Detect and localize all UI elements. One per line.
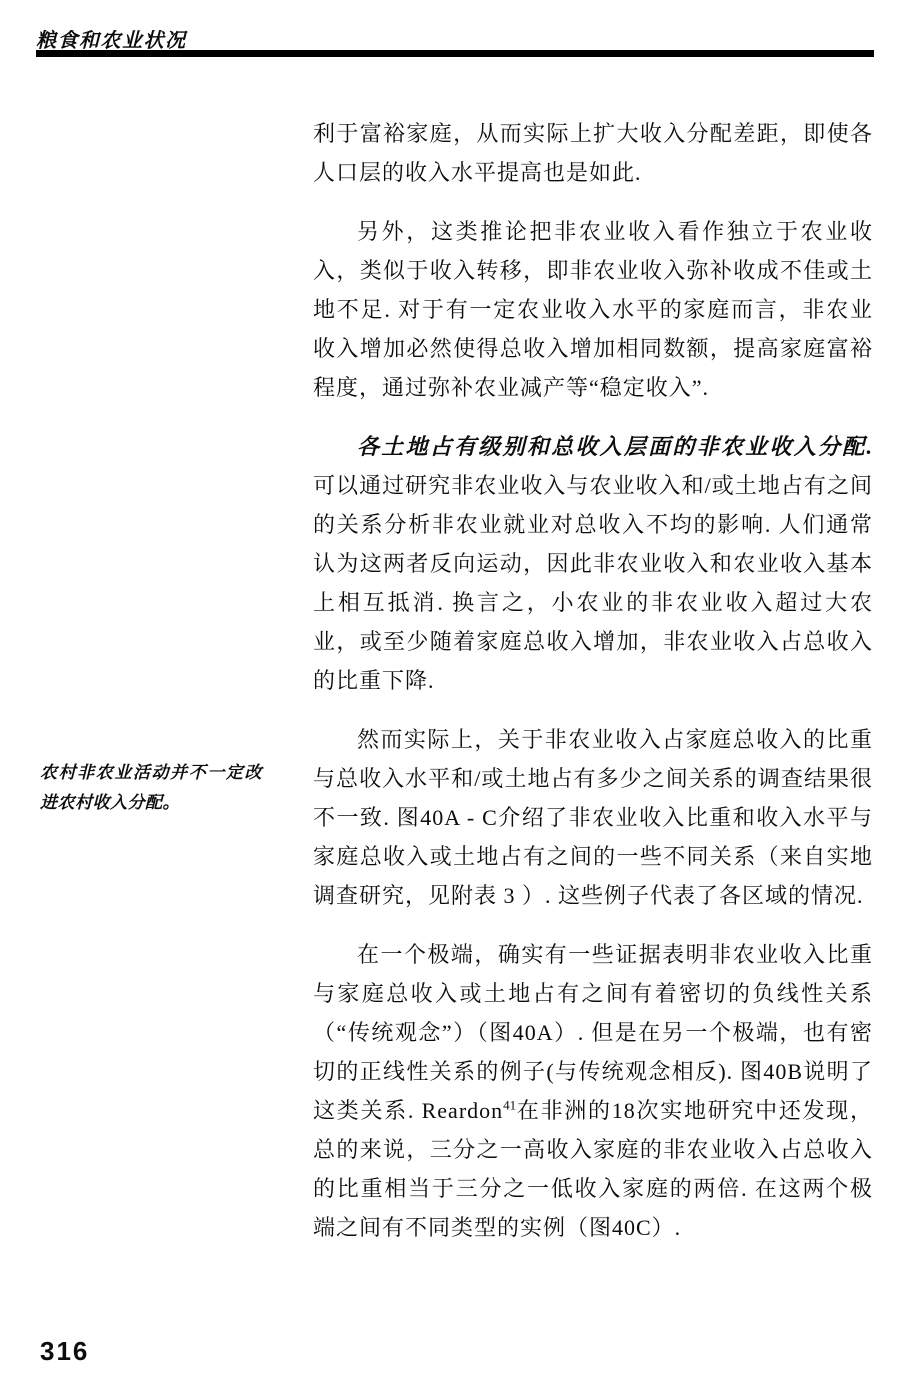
paragraph: 另外，这类推论把非农业收入看作独立于农业收入，类似于收入转移，即非农业收入弥补收… bbox=[313, 212, 873, 407]
body-text-column: 利于富裕家庭，从而实际上扩大收入分配差距，即使各人口层的收入水平提高也是如此. … bbox=[313, 114, 873, 1267]
paragraph-text: 可以通过研究非农业收入与农业收入和/或土地占有之间的关系分析非农业就业对总收入不… bbox=[313, 473, 873, 693]
paragraph-text: 在一个极端，确实有一些证据表明非农业收入比重与家庭总收入或土地占有之间有着密切的… bbox=[313, 942, 873, 1123]
paragraph: 然而实际上，关于非农业收入占家庭总收入的比重与总收入水平和/或土地占有多少之间关… bbox=[313, 720, 873, 915]
paragraph-lead-italic: 各土地占有级别和总收入层面的非农业收入分配. bbox=[357, 434, 873, 459]
document-page: 粮食和农业状况 农村非农业活动并不一定改进农村收入分配。 利于富裕家庭，从而实际… bbox=[0, 0, 900, 1400]
running-header-title: 粮食和农业状况 bbox=[36, 24, 187, 53]
paragraph-with-italic-lead: 各土地占有级别和总收入层面的非农业收入分配. 可以通过研究非农业收入与农业收入和… bbox=[313, 427, 873, 700]
header-rule bbox=[36, 50, 874, 57]
paragraph-continuation: 利于富裕家庭，从而实际上扩大收入分配差距，即使各人口层的收入水平提高也是如此. bbox=[313, 114, 873, 192]
footnote-ref-41: 41 bbox=[503, 1098, 516, 1113]
page-number: 316 bbox=[40, 1336, 89, 1367]
paragraph-with-footnote: 在一个极端，确实有一些证据表明非农业收入比重与家庭总收入或土地占有之间有着密切的… bbox=[313, 935, 873, 1247]
margin-note: 农村非农业活动并不一定改进农村收入分配。 bbox=[40, 758, 262, 818]
